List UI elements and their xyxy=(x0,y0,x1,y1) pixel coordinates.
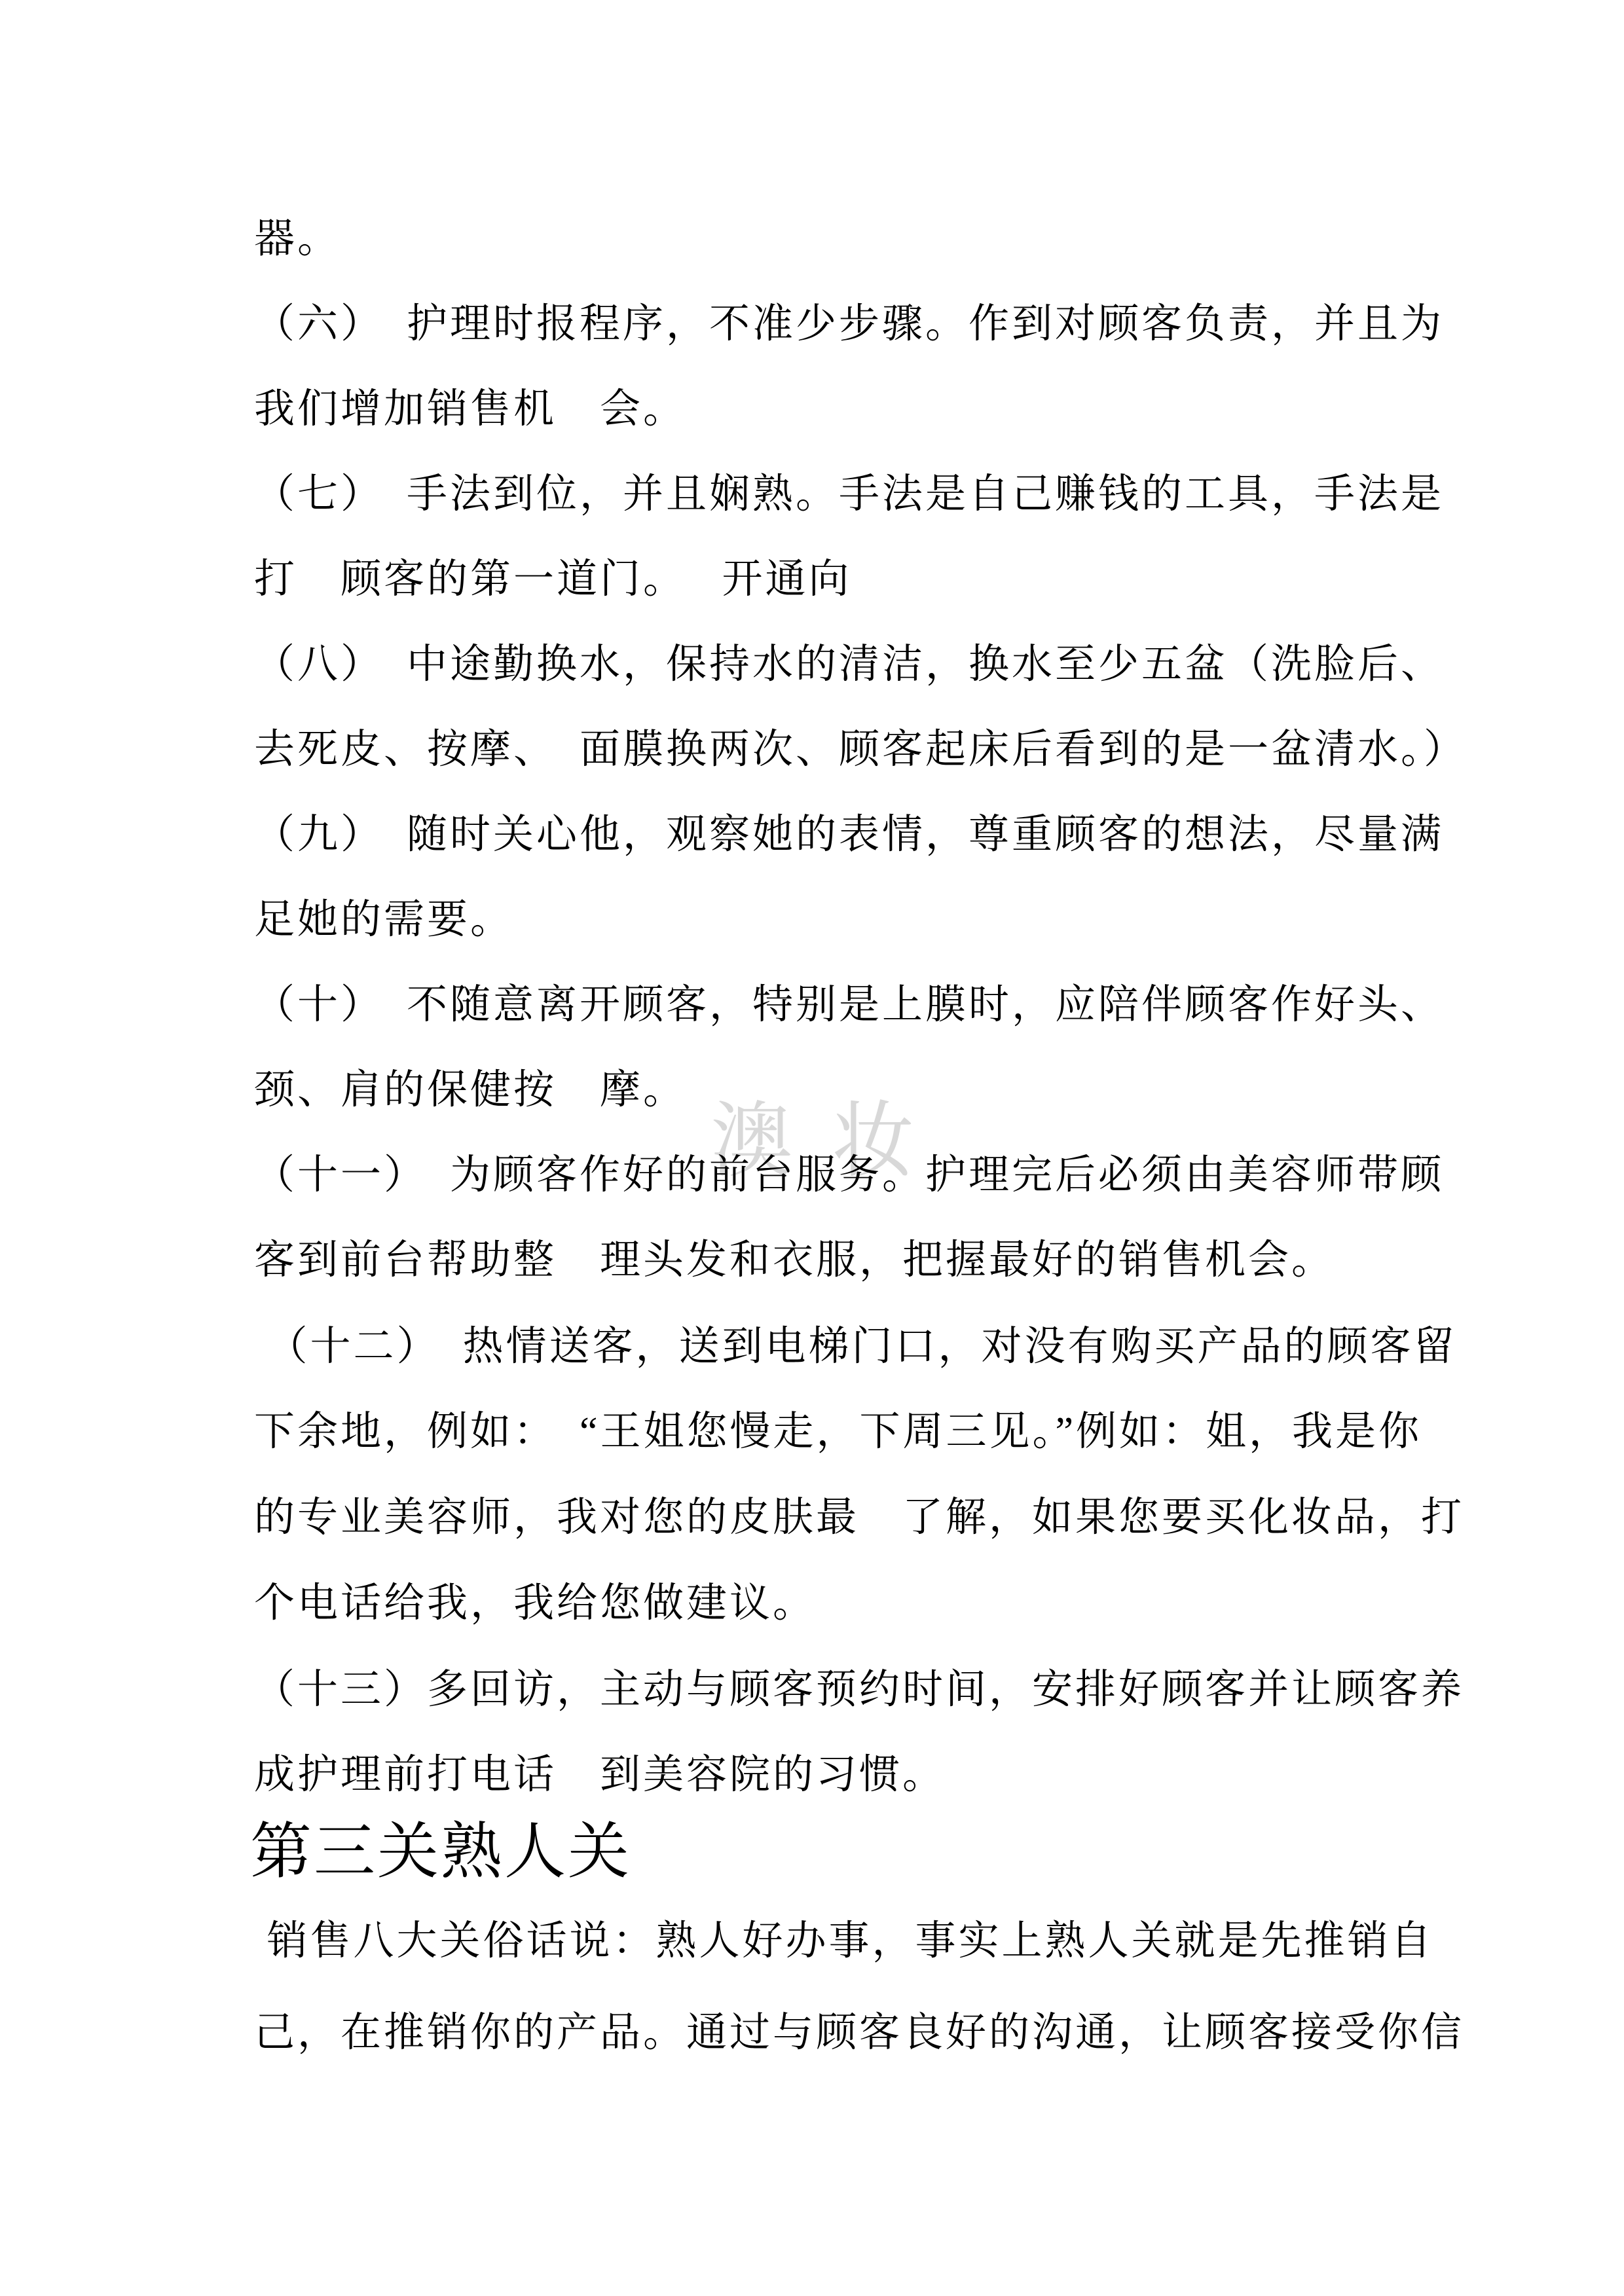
body-line-5: 打 顾客的第一道门。 开通向 xyxy=(254,556,852,603)
section-heading: 第三关熟人关 xyxy=(250,1819,631,1886)
body-line-12: （十一） 为顾客作好的前台服务。护理完后必须由美容师带顾 xyxy=(254,1152,1444,1199)
body-line-2: （六） 护理时报程序，不准少步骤。作到对顾客负责，并且为 xyxy=(254,301,1444,348)
body-line-13: 客到前台帮助整 理头发和衣服，把握最好的销售机会。 xyxy=(254,1237,1335,1284)
body-line-14: （十二） 热情送客，送到电梯门口，对没有购买产品的顾客留 xyxy=(254,1324,1457,1370)
body-line-15: 下余地，例如： “王姐您慢走，下周三见。”例如：姐，我是你 xyxy=(254,1409,1422,1455)
body-line-16: 的专业美容师，我对您的皮肤最 了解，如果您要买化妆品，打 xyxy=(254,1495,1464,1541)
body-line-6: （八） 中途勤换水，保持水的清洁，换水至少五盆（洗脸后、 xyxy=(254,642,1444,688)
body-line-3: 我们增加销售机 会。 xyxy=(254,386,686,433)
body-line-9: 足她的需要。 xyxy=(254,897,513,943)
body-line-7: 去死皮、按摩、 面膜换两次、顾客起床后看到的是一盆清水。） xyxy=(254,727,1467,773)
body-line-20: 销售八大关俗话说：熟人好办事，事实上熟人关就是先推销自 xyxy=(254,1918,1434,1965)
body-line-21: 己，在推销你的产品。通过与顾客良好的沟通，让顾客接受你信 xyxy=(254,2010,1464,2056)
body-line-1: 器。 xyxy=(254,216,341,263)
body-line-18: （十三）多回访，主动与顾客预约时间，安排好顾客并让顾客养 xyxy=(254,1667,1464,1713)
body-line-10: （十） 不随意离开顾客，特别是上膜时，应陪伴顾客作好头、 xyxy=(254,982,1444,1029)
body-line-19: 成护理前打电话 到美容院的习惯。 xyxy=(254,1752,946,1798)
body-line-17: 个电话给我，我给您做建议。 xyxy=(254,1580,816,1627)
document-page: 澳 妆 器。 （六） 护理时报程序，不准少步骤。作到对顾客负责，并且为 我们增加… xyxy=(0,0,1624,2296)
body-line-8: （九） 随时关心他，观察她的表情，尊重顾客的想法，尽量满 xyxy=(254,812,1444,858)
body-line-11: 颈、肩的保健按 摩。 xyxy=(254,1067,686,1114)
body-line-4: （七） 手法到位，并且娴熟。手法是自己赚钱的工具，手法是 xyxy=(254,471,1444,518)
